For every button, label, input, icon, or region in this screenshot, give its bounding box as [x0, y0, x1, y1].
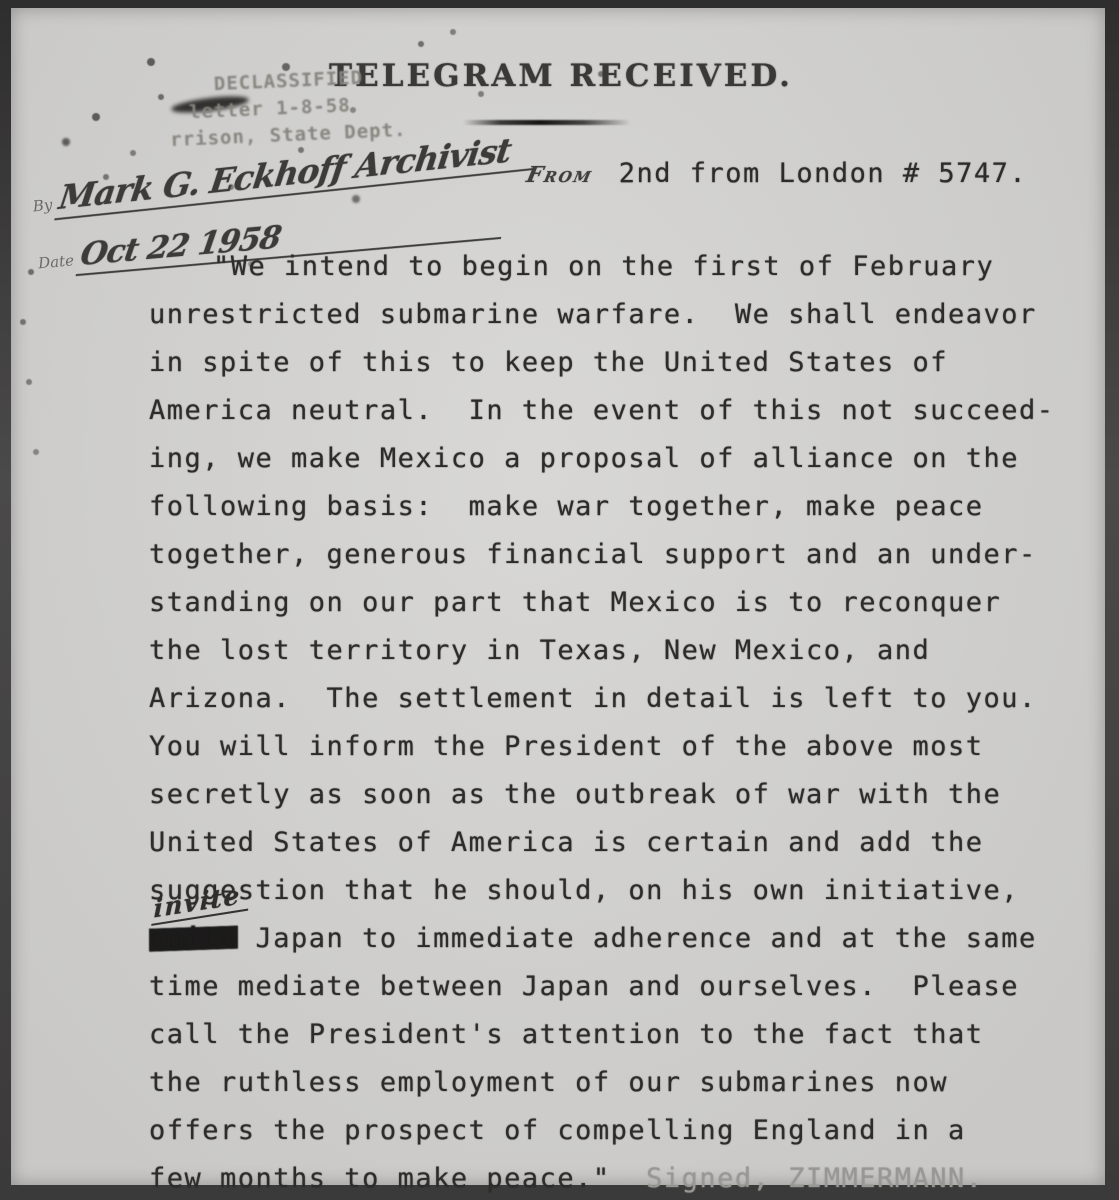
telegram-paper: TELEGRAM RECEIVED. DECLASSIFIED letter 1… — [11, 8, 1105, 1185]
body-line: You will inform the President of the abo… — [149, 723, 1094, 771]
struck-word: unite — [149, 923, 238, 954]
body-line: inviteunite Japan to immediate adherence… — [149, 915, 1094, 963]
body-line: Arizona. The settlement in detail is lef… — [149, 675, 1094, 723]
body-line: together, generous financial support and… — [149, 531, 1094, 579]
body-line: offers the prospect of compelling Englan… — [149, 1107, 1094, 1155]
body-line: the lost territory in Texas, New Mexico,… — [149, 627, 1094, 675]
body-line: in spite of this to keep the United Stat… — [149, 339, 1094, 387]
body-line: the ruthless employment of our submarine… — [149, 1059, 1094, 1107]
body-line: unrestricted submarine warfare. We shall… — [149, 291, 1094, 339]
body-line: standing on our part that Mexico is to r… — [149, 579, 1094, 627]
from-label: From — [524, 162, 595, 188]
body-line: United States of America is certain and … — [149, 819, 1094, 867]
body-line: "We intend to begin on the first of Febr… — [149, 243, 1094, 291]
body-line: America neutral. In the event of this no… — [149, 387, 1094, 435]
from-line: From2nd from London # 5747. — [527, 158, 1027, 189]
body-line: few months to make peace." Signed, ZIMME… — [149, 1155, 1094, 1200]
signature-text: Signed, ZIMMERMANN. — [646, 1163, 983, 1194]
title-divider — [463, 120, 631, 125]
body-line: time mediate between Japan and ourselves… — [149, 963, 1094, 1011]
declassification-stamp: DECLASSIFIED letter 1-8-58 rrison, State… — [167, 63, 407, 154]
body-line: call the President's attention to the fa… — [149, 1011, 1094, 1059]
photo-frame: TELEGRAM RECEIVED. DECLASSIFIED letter 1… — [0, 0, 1119, 1200]
date-label: Date — [37, 251, 74, 272]
telegram-body: "We intend to begin on the first of Febr… — [149, 243, 1094, 1200]
body-line: ing, we make Mexico a proposal of allian… — [149, 435, 1094, 483]
from-value: 2nd from London # 5747. — [619, 158, 1027, 189]
by-label: By — [32, 196, 53, 216]
body-line: suggestion that he should, on his own in… — [149, 867, 1094, 915]
body-line: secretly as soon as the outbreak of war … — [149, 771, 1094, 819]
paper-speckles — [11, 8, 15, 12]
body-line: following basis: make war together, make… — [149, 483, 1094, 531]
